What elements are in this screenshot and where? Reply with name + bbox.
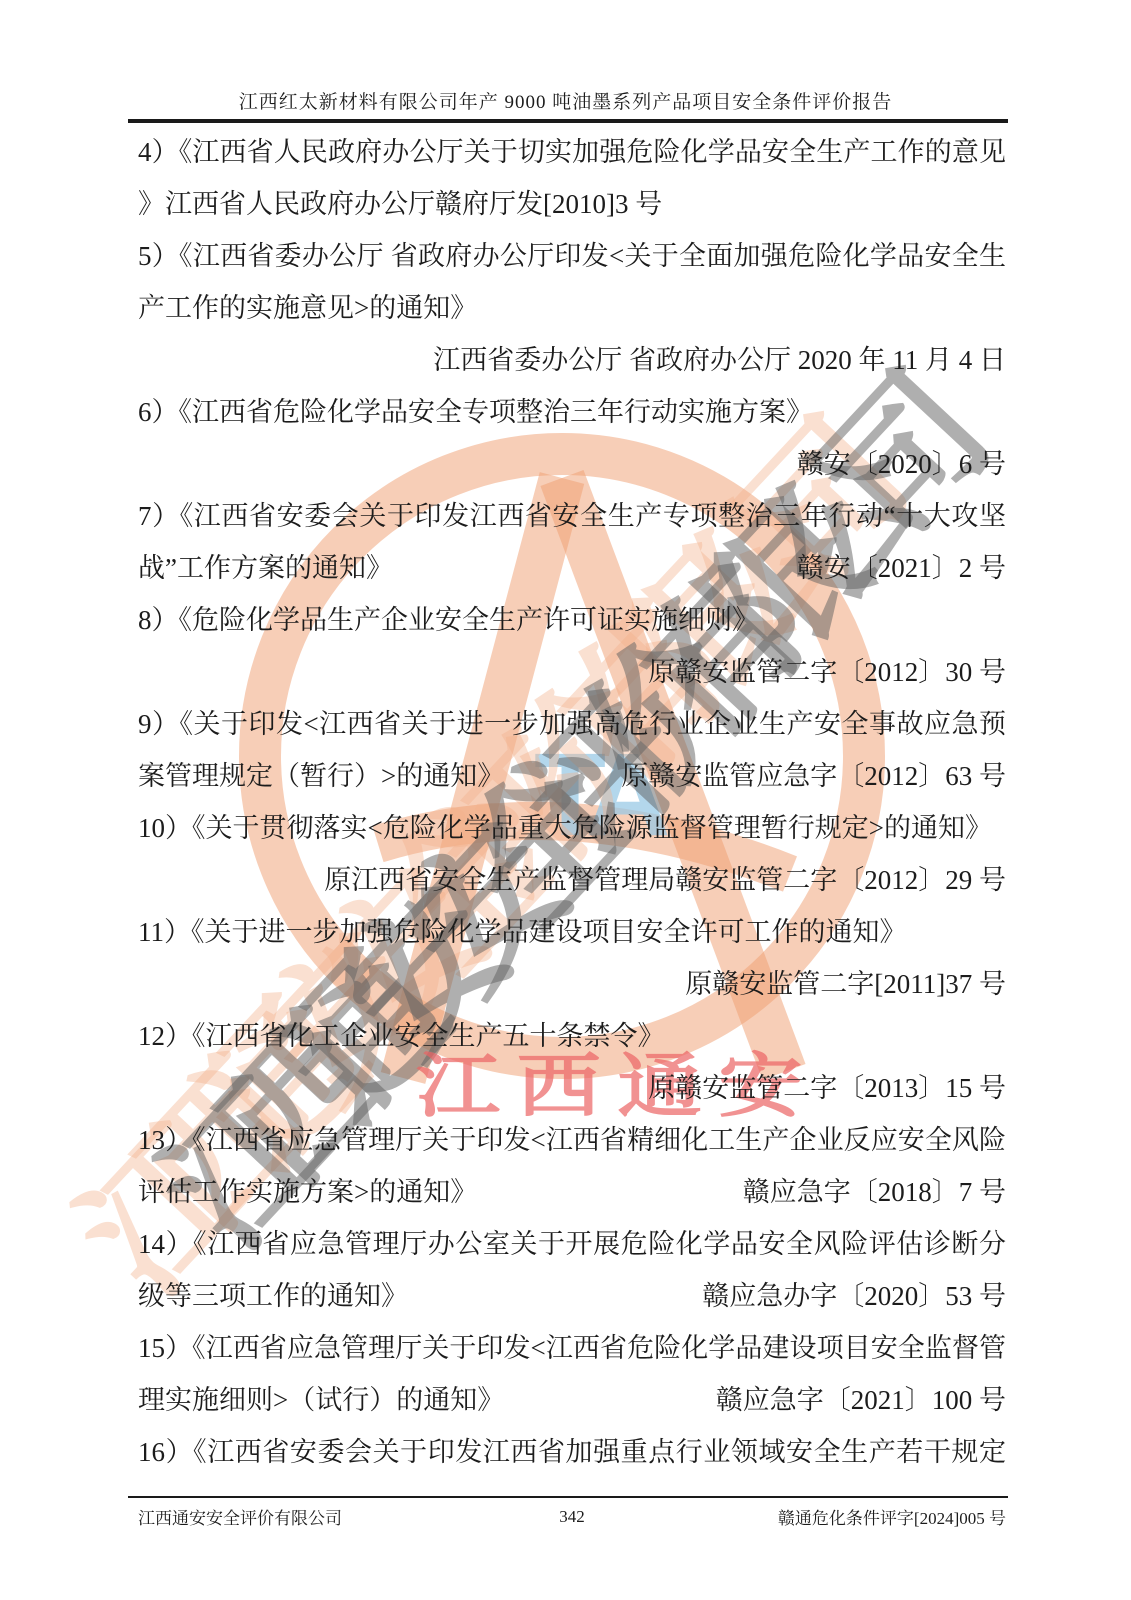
body-line-text: 13）《江西省应急管理厅关于印发<江西省精细化工生产企业反应安全风险 [138, 1114, 1006, 1166]
line-attribution: 赣应急字〔2018〕7 号 [743, 1166, 1006, 1218]
body-line-text: 9）《关于印发<江西省关于进一步加强高危行业企业生产安全事故应急预 [138, 698, 1006, 750]
body-line: 15）《江西省应急管理厅关于印发<江西省危险化学品建设项目安全监督管 [138, 1322, 1006, 1374]
body-line-text: 8）《危险化学品生产企业安全生产许可证实施细则》 [138, 594, 759, 646]
body-line: 江西省委办公厅 省政府办公厅 2020 年 11 月 4 日 [138, 334, 1006, 386]
body-line-text: 产工作的实施意见>的通知》 [138, 282, 477, 334]
body-line: 14）《江西省应急管理厅办公室关于开展危险化学品安全风险评估诊断分 [138, 1218, 1006, 1270]
body-line: 赣安〔2020〕6 号 [138, 438, 1006, 490]
body-line: 11）《关于进一步加强危险化学品建设项目安全许可工作的通知》 [138, 906, 1006, 958]
body-line: 级等三项工作的通知》赣应急办字〔2020〕53 号 [138, 1270, 1006, 1322]
body-line-text: 4）《江西省人民政府办公厅关于切实加强危险化学品安全生产工作的意见 [138, 126, 1006, 178]
footer-page-number: 342 [559, 1507, 585, 1527]
body-line-text: 6）《江西省危险化学品安全专项整治三年行动实施方案》 [138, 386, 813, 438]
body-line: 》江西省人民政府办公厅赣府厅发[2010]3 号 [138, 178, 1006, 230]
body-line: 10）《关于贯彻落实<危险化学品重大危险源监督管理暂行规定>的通知》 [138, 802, 1006, 854]
body-line-text: 原赣安监管二字[2011]37 号 [685, 958, 1006, 1010]
body-line-text: 14）《江西省应急管理厅办公室关于开展危险化学品安全风险评估诊断分 [138, 1218, 1006, 1270]
body-line: 6）《江西省危险化学品安全专项整治三年行动实施方案》 [138, 386, 1006, 438]
line-attribution: 赣应急办字〔2020〕53 号 [702, 1270, 1006, 1322]
body-line-text: 赣安〔2020〕6 号 [797, 438, 1006, 490]
body-line: 9）《关于印发<江西省关于进一步加强高危行业企业生产安全事故应急预 [138, 698, 1006, 750]
body-line-text: 16）《江西省安委会关于印发江西省加强重点行业领域安全生产若干规定 [138, 1426, 1006, 1478]
body-line: 12）《江西省化工企业安全生产五十条禁令》 [138, 1010, 1006, 1062]
body-line: 13）《江西省应急管理厅关于印发<江西省精细化工生产企业反应安全风险 [138, 1114, 1006, 1166]
body-line-text: 10）《关于贯彻落实<危险化学品重大危险源监督管理暂行规定>的通知》 [138, 802, 992, 854]
body-line: 理实施细则>（试行）的通知》赣应急字〔2021〕100 号 [138, 1374, 1006, 1426]
report-header-title: 江西红太新材料有限公司年产 9000 吨油墨系列产品项目安全条件评价报告 [0, 87, 1131, 114]
body-line: 5）《江西省委办公厅 省政府办公厅印发<关于全面加强危险化学品安全生 [138, 230, 1006, 282]
body-line-text: 江西省委办公厅 省政府办公厅 2020 年 11 月 4 日 [433, 334, 1006, 386]
footer: 江西通安安全评价有限公司 342 赣通危化条件评字[2024]005 号 [138, 1504, 1006, 1529]
body-line-text: 7）《江西省安委会关于印发江西省安全生产专项整治三年行动“十大攻坚 [138, 490, 1006, 542]
body-line: 原江西省安全生产监督管理局赣安监管二字〔2012〕29 号 [138, 854, 1006, 906]
body-line-text: 15）《江西省应急管理厅关于印发<江西省危险化学品建设项目安全监督管 [138, 1322, 1006, 1374]
line-attribution: 原赣安监管应急字〔2012〕63 号 [621, 750, 1006, 802]
body-line-text: 原江西省安全生产监督管理局赣安监管二字〔2012〕29 号 [324, 854, 1006, 906]
body-line: 原赣安监管二字〔2013〕15 号 [138, 1062, 1006, 1114]
body-line: 产工作的实施意见>的通知》 [138, 282, 1006, 334]
footer-doc-number: 赣通危化条件评字[2024]005 号 [585, 1504, 1006, 1529]
footer-company: 江西通安安全评价有限公司 [138, 1504, 559, 1529]
body-line-text: 级等三项工作的通知》 [138, 1270, 408, 1322]
body-line-text: 评估工作实施方案>的通知》 [138, 1166, 477, 1218]
header-rule [128, 119, 1008, 123]
body-line: 评估工作实施方案>的通知》赣应急字〔2018〕7 号 [138, 1166, 1006, 1218]
body-line-text: 5）《江西省委办公厅 省政府办公厅印发<关于全面加强危险化学品安全生 [138, 230, 1006, 282]
body-line-text: 战”工作方案的通知》 [138, 542, 393, 594]
footer-rule [128, 1496, 1008, 1498]
body-line: 案管理规定（暂行）>的通知》原赣安监管应急字〔2012〕63 号 [138, 750, 1006, 802]
body-line: 原赣安监管二字[2011]37 号 [138, 958, 1006, 1010]
line-attribution: 赣安〔2021〕2 号 [797, 542, 1006, 594]
document-page: TA 江西通安安全评价有限公司 江西通安安全评价有限公司 江西通安 江西红太新材… [0, 0, 1131, 1600]
body-line: 4）《江西省人民政府办公厅关于切实加强危险化学品安全生产工作的意见 [138, 126, 1006, 178]
body-line-text: 》江西省人民政府办公厅赣府厅发[2010]3 号 [138, 178, 662, 230]
body-line: 战”工作方案的通知》赣安〔2021〕2 号 [138, 542, 1006, 594]
body-line-text: 11）《关于进一步加强危险化学品建设项目安全许可工作的通知》 [138, 906, 907, 958]
body-text-block: 4）《江西省人民政府办公厅关于切实加强危险化学品安全生产工作的意见》江西省人民政… [138, 126, 1006, 1478]
body-line-text: 12）《江西省化工企业安全生产五十条禁令》 [138, 1010, 665, 1062]
body-line-text: 案管理规定（暂行）>的通知》 [138, 750, 504, 802]
body-line: 7）《江西省安委会关于印发江西省安全生产专项整治三年行动“十大攻坚 [138, 490, 1006, 542]
body-line-text: 原赣安监管二字〔2012〕30 号 [648, 646, 1006, 698]
body-line: 16）《江西省安委会关于印发江西省加强重点行业领域安全生产若干规定 [138, 1426, 1006, 1478]
body-line-text: 原赣安监管二字〔2013〕15 号 [648, 1062, 1006, 1114]
body-line: 8）《危险化学品生产企业安全生产许可证实施细则》 [138, 594, 1006, 646]
body-line-text: 理实施细则>（试行）的通知》 [138, 1374, 504, 1426]
body-line: 原赣安监管二字〔2012〕30 号 [138, 646, 1006, 698]
line-attribution: 赣应急字〔2021〕100 号 [716, 1374, 1006, 1426]
